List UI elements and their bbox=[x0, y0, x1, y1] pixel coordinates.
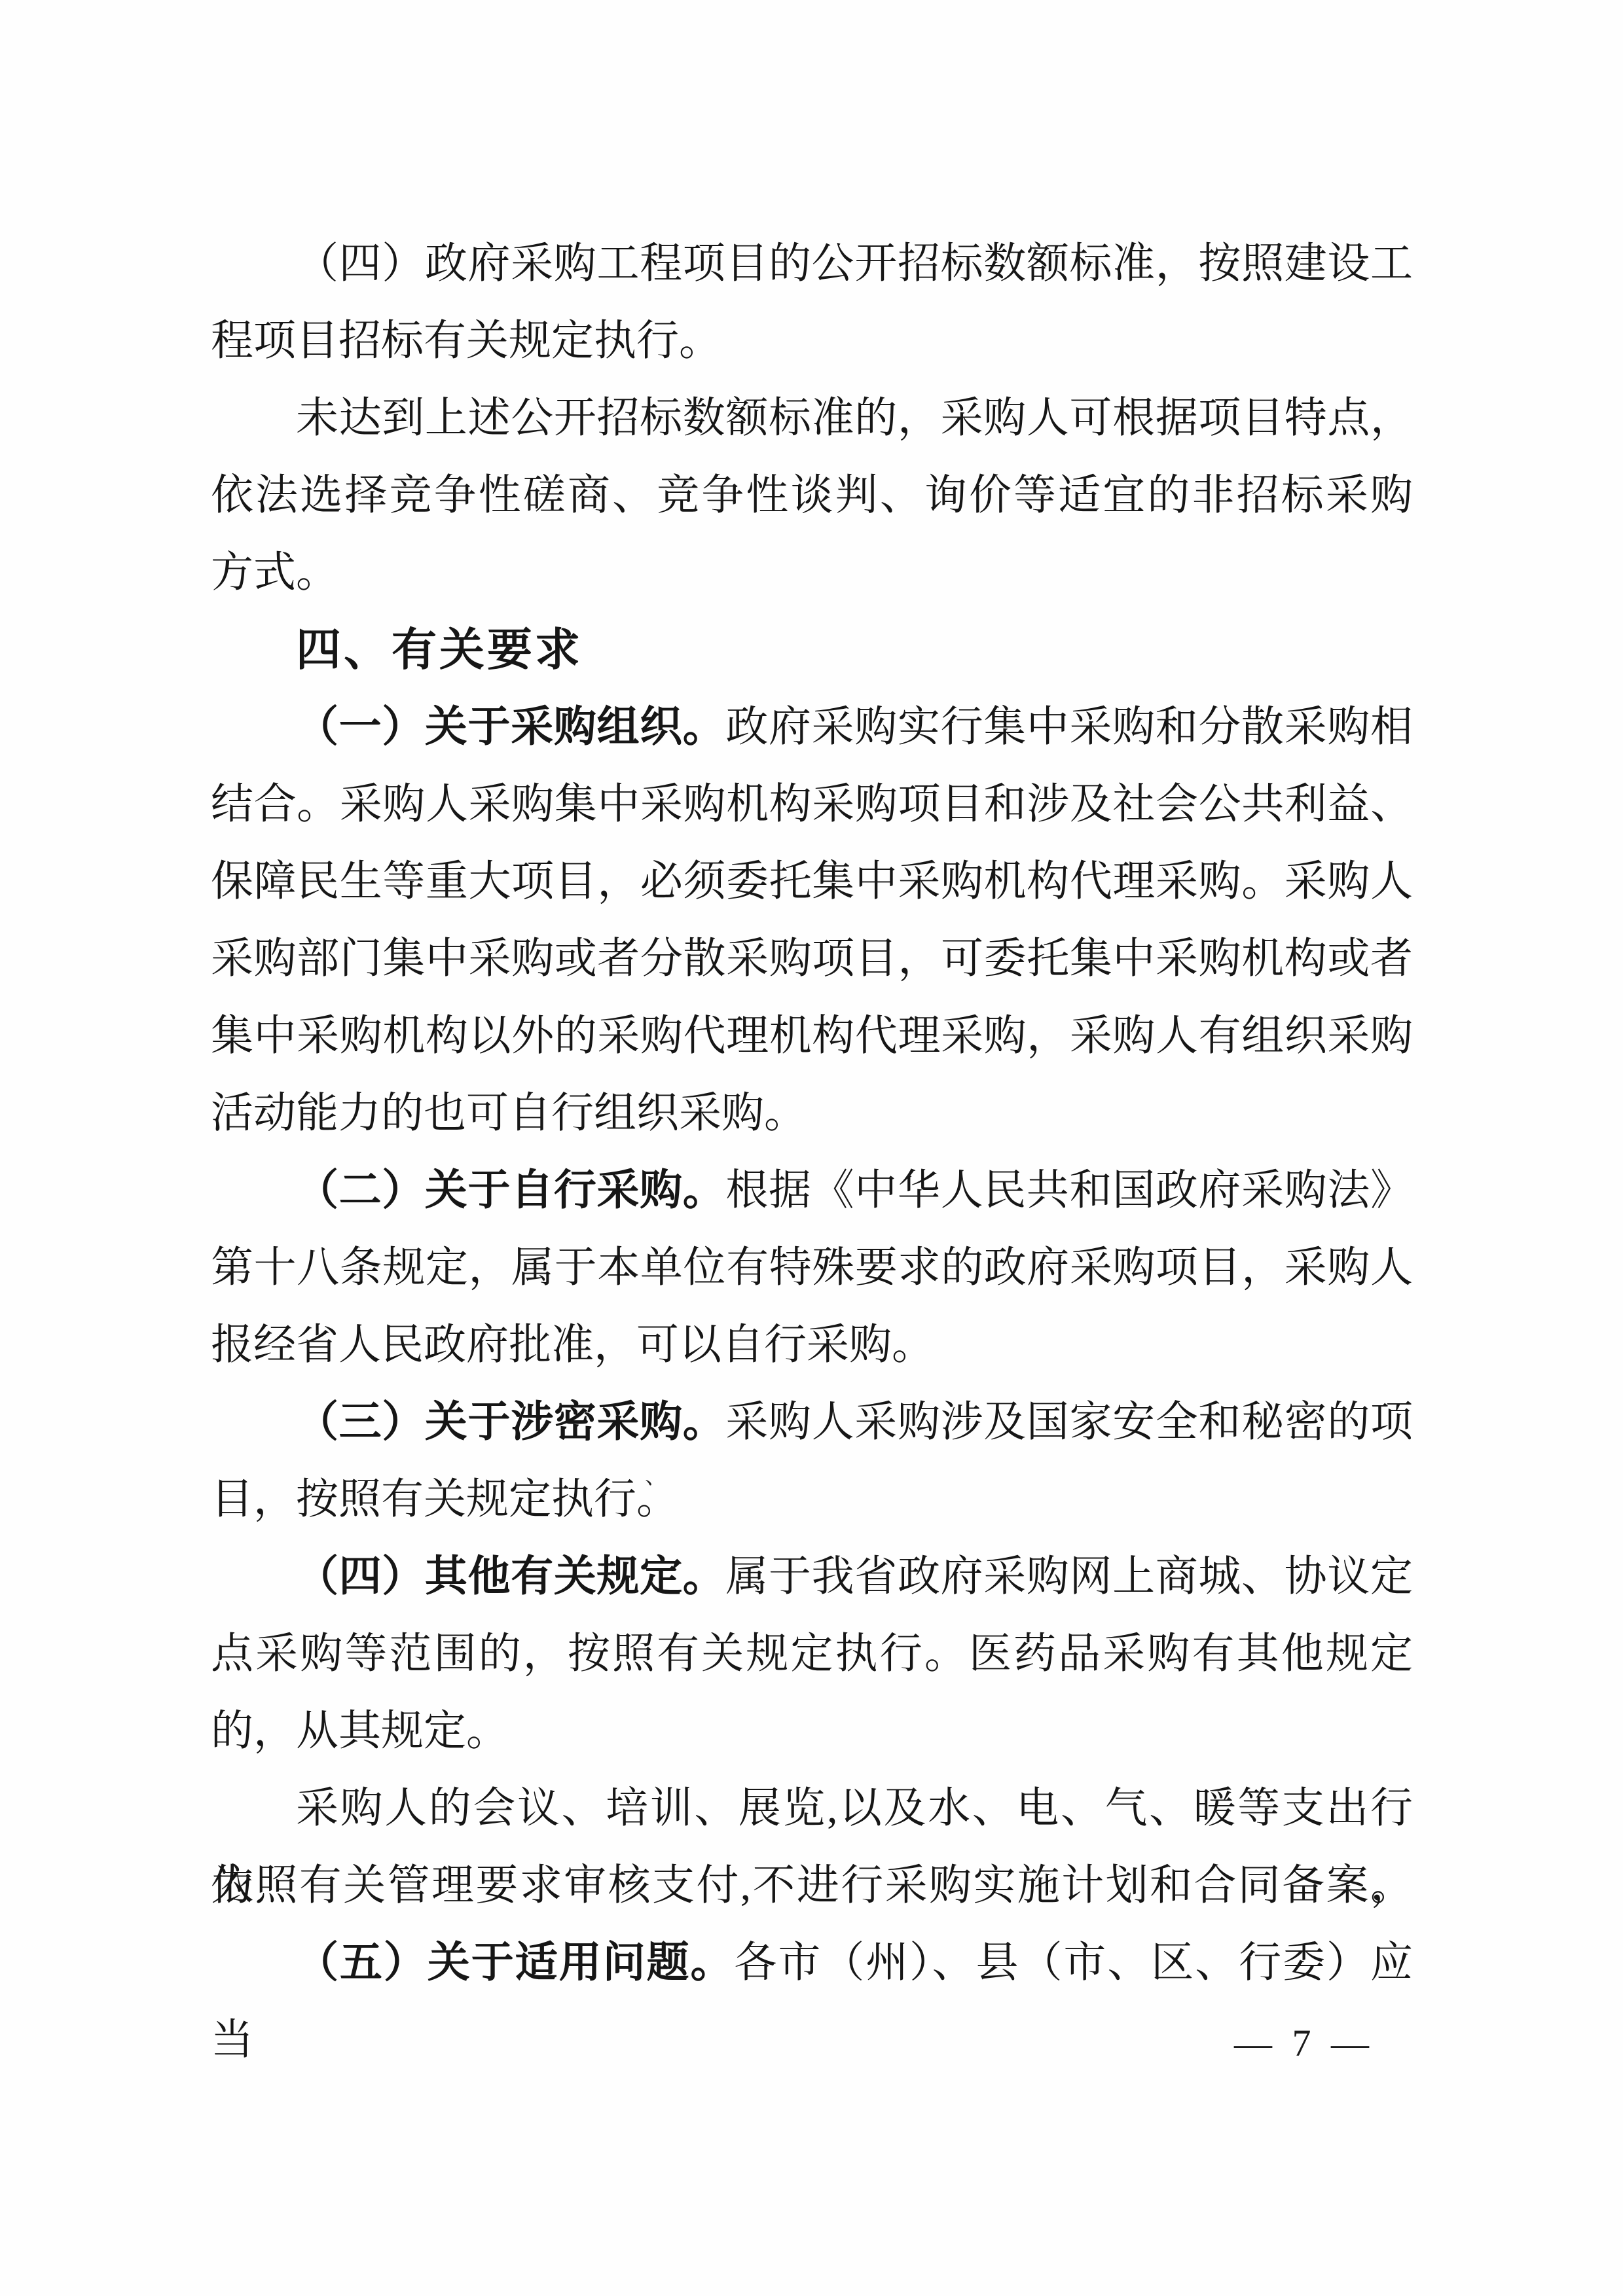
text-line: 集中采购机构以外的采购代理机构代理采购，采购人有组织采购 bbox=[211, 997, 1413, 1075]
text-segment: 未达到上述公开招标数额标准的，采购人可根据项目特点， bbox=[296, 395, 1413, 442]
text-line: 采购部门集中采购或者分散采购项目，可委托集中采购机构或者 bbox=[211, 920, 1413, 997]
runin-subheading: （三）关于涉密采购。 bbox=[296, 1399, 725, 1446]
runin-subheading: （一）关于采购组织。 bbox=[296, 704, 725, 751]
text-line: 方式。 bbox=[211, 534, 1413, 611]
text-segment: 采购部门集中采购或者分散采购项目，可委托集中采购机构或者 bbox=[211, 935, 1413, 982]
text-segment: 结合。采购人采购集中采购机构采购项目和涉及社会公共利益、 bbox=[211, 781, 1413, 828]
text-segment: 方式。 bbox=[211, 549, 338, 596]
text-segment: 政府采购实行集中采购和分散采购相 bbox=[725, 704, 1413, 751]
text-line: 依法选择竞争性磋商、竞争性谈判、询价等适宜的非招标采购 bbox=[211, 457, 1413, 534]
text-line: （四）政府采购工程项目的公开招标数额标准，按照建设工 bbox=[211, 225, 1413, 302]
section-heading: 四、有关要求 bbox=[211, 611, 1413, 689]
text-line: 程项目招标有关规定执行。 bbox=[211, 302, 1413, 380]
text-line: （五）关于适用问题。各市（州）、县（市、区、行委）应当 bbox=[211, 1924, 1413, 2001]
page-number: — 7 — bbox=[1213, 2017, 1396, 2070]
text-segment: 程项目招标有关规定执行。 bbox=[211, 317, 721, 365]
text-segment: 根据《中华人民共和国政府采购法》 bbox=[725, 1167, 1413, 1214]
runin-subheading: （四）其他有关规定。 bbox=[296, 1553, 725, 1600]
document-body: （四）政府采购工程项目的公开招标数额标准，按照建设工程项目招标有关规定执行。未达… bbox=[211, 225, 1413, 2001]
text-segment: 采购人采购涉及国家安全和秘密的项 bbox=[725, 1399, 1413, 1446]
text-line: 依照有关管理要求审核支付,不进行采购实施计划和合同备案。 bbox=[211, 1847, 1413, 1924]
text-line: 保障民生等重大项目，必须委托集中采购机构代理采购。采购人 bbox=[211, 843, 1413, 920]
scan-artifact-mark: 、 bbox=[645, 1458, 667, 1490]
text-segment: 活动能力的也可自行组织采购。 bbox=[211, 1090, 807, 1137]
text-segment: 保障民生等重大项目，必须委托集中采购机构代理采购。采购人 bbox=[211, 858, 1413, 905]
text-segment: 集中采购机构以外的采购代理机构代理采购，采购人有组织采购 bbox=[211, 1013, 1413, 1060]
runin-subheading: （五）关于适用问题。 bbox=[296, 1939, 734, 1986]
text-line: （四）其他有关规定。属于我省政府采购网上商城、协议定 bbox=[211, 1538, 1413, 1615]
text-line: 报经省人民政府批准，可以自行采购。 bbox=[211, 1306, 1413, 1384]
runin-subheading: （二）关于自行采购。 bbox=[296, 1167, 725, 1214]
text-segment: 依法选择竞争性磋商、竞争性谈判、询价等适宜的非招标采购 bbox=[211, 472, 1413, 519]
text-segment: 第十八条规定，属于本单位有特殊要求的政府采购项目，采购人 bbox=[211, 1244, 1413, 1291]
text-segment: 属于我省政府采购网上商城、协议定 bbox=[725, 1553, 1413, 1600]
text-line: 的，从其规定。 bbox=[211, 1693, 1413, 1770]
text-line: 活动能力的也可自行组织采购。 bbox=[211, 1075, 1413, 1152]
text-line: 目，按照有关规定执行。 bbox=[211, 1461, 1413, 1538]
text-line: （三）关于涉密采购。采购人采购涉及国家安全和秘密的项 bbox=[211, 1384, 1413, 1461]
text-line: （一）关于采购组织。政府采购实行集中采购和分散采购相 bbox=[211, 689, 1413, 766]
text-segment: 依照有关管理要求审核支付,不进行采购实施计划和合同备案。 bbox=[211, 1862, 1413, 1909]
text-line: 第十八条规定，属于本单位有特殊要求的政府采购项目，采购人 bbox=[211, 1229, 1413, 1306]
text-line: （二）关于自行采购。根据《中华人民共和国政府采购法》 bbox=[211, 1152, 1413, 1229]
text-segment: 报经省人民政府批准，可以自行采购。 bbox=[211, 1321, 934, 1369]
text-line: 点采购等范围的，按照有关规定执行。医药品采购有其他规定 bbox=[211, 1615, 1413, 1693]
document-page: （四）政府采购工程项目的公开招标数额标准，按照建设工程项目招标有关规定执行。未达… bbox=[0, 0, 1623, 2296]
text-line: 采购人的会议、培训、展览,以及水、电、气、暖等支出行为， bbox=[211, 1770, 1413, 1847]
text-line: 结合。采购人采购集中采购机构采购项目和涉及社会公共利益、 bbox=[211, 766, 1413, 843]
runin-subheading: 四、有关要求 bbox=[296, 624, 583, 675]
text-segment: 目，按照有关规定执行。 bbox=[211, 1476, 679, 1523]
text-segment: （四）政府采购工程项目的公开招标数额标准，按照建设工 bbox=[296, 240, 1413, 287]
text-segment: 点采购等范围的，按照有关规定执行。医药品采购有其他规定 bbox=[211, 1630, 1413, 1677]
text-segment: 的，从其规定。 bbox=[211, 1708, 509, 1755]
text-line: 未达到上述公开招标数额标准的，采购人可根据项目特点， bbox=[211, 380, 1413, 457]
